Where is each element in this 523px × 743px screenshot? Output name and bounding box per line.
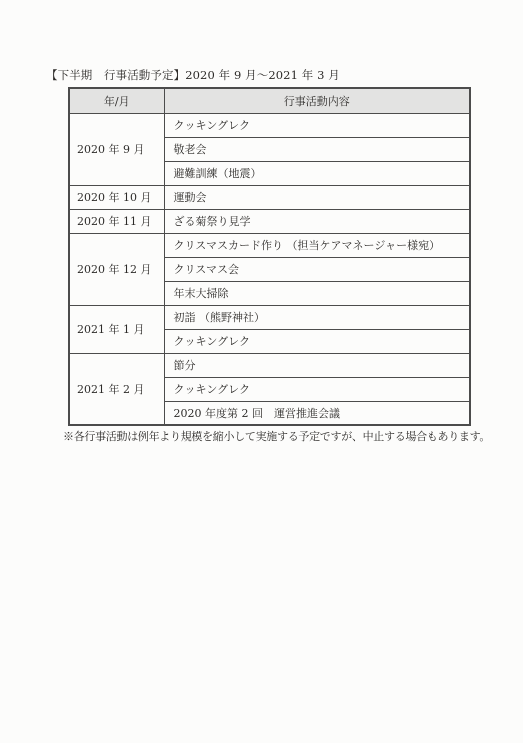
scanned-document-page: 【下半期 行事活動予定】2020 年 9 月～2021 年 3 月 年/月 行事… [0,0,523,743]
table-row: 2020 年 10 月運動会 [69,185,470,209]
table-row: 2020 年 9 月クッキングレク [69,113,470,137]
month-cell: 2020 年 9 月 [69,113,164,185]
event-cell: クッキングレク [164,113,470,137]
event-cell: 2020 年度第 2 回 運営推進会議 [164,401,470,425]
event-schedule-table: 年/月 行事活動内容 2020 年 9 月クッキングレク敬老会避難訓練（地震）2… [68,87,471,426]
event-cell: クッキングレク [164,329,470,353]
table-row: 2021 年 2 月節分 [69,353,470,377]
header-cell-month: 年/月 [69,88,164,113]
table-row: 2020 年 11 月ざる菊祭り見学 [69,209,470,233]
event-cell: クッキングレク [164,377,470,401]
event-cell: クリスマス会 [164,257,470,281]
event-cell: 運動会 [164,185,470,209]
event-cell: クリスマスカード作り （担当ケアマネージャー様宛） [164,233,470,257]
event-cell: ざる菊祭り見学 [164,209,470,233]
event-cell: 敬老会 [164,137,470,161]
month-cell: 2020 年 10 月 [69,185,164,209]
month-cell: 2020 年 12 月 [69,233,164,305]
footnote-text: ※各行事活動は例年より規模を縮小して実施する予定ですが、中止する場合もあります。 [63,428,490,444]
month-cell: 2020 年 11 月 [69,209,164,233]
event-cell: 避難訓練（地震） [164,161,470,185]
event-cell: 節分 [164,353,470,377]
month-cell: 2021 年 2 月 [69,353,164,425]
month-cell: 2021 年 1 月 [69,305,164,353]
table-row: 2020 年 12 月クリスマスカード作り （担当ケアマネージャー様宛） [69,233,470,257]
table-header-row: 年/月 行事活動内容 [69,88,470,113]
table-body: 2020 年 9 月クッキングレク敬老会避難訓練（地震）2020 年 10 月運… [69,113,470,425]
table-header: 年/月 行事活動内容 [69,88,470,113]
event-cell: 初詣 （熊野神社） [164,305,470,329]
header-cell-content: 行事活動内容 [164,88,470,113]
document-title: 【下半期 行事活動予定】2020 年 9 月～2021 年 3 月 [46,67,340,83]
table-row: 2021 年 1 月初詣 （熊野神社） [69,305,470,329]
event-cell: 年末大掃除 [164,281,470,305]
